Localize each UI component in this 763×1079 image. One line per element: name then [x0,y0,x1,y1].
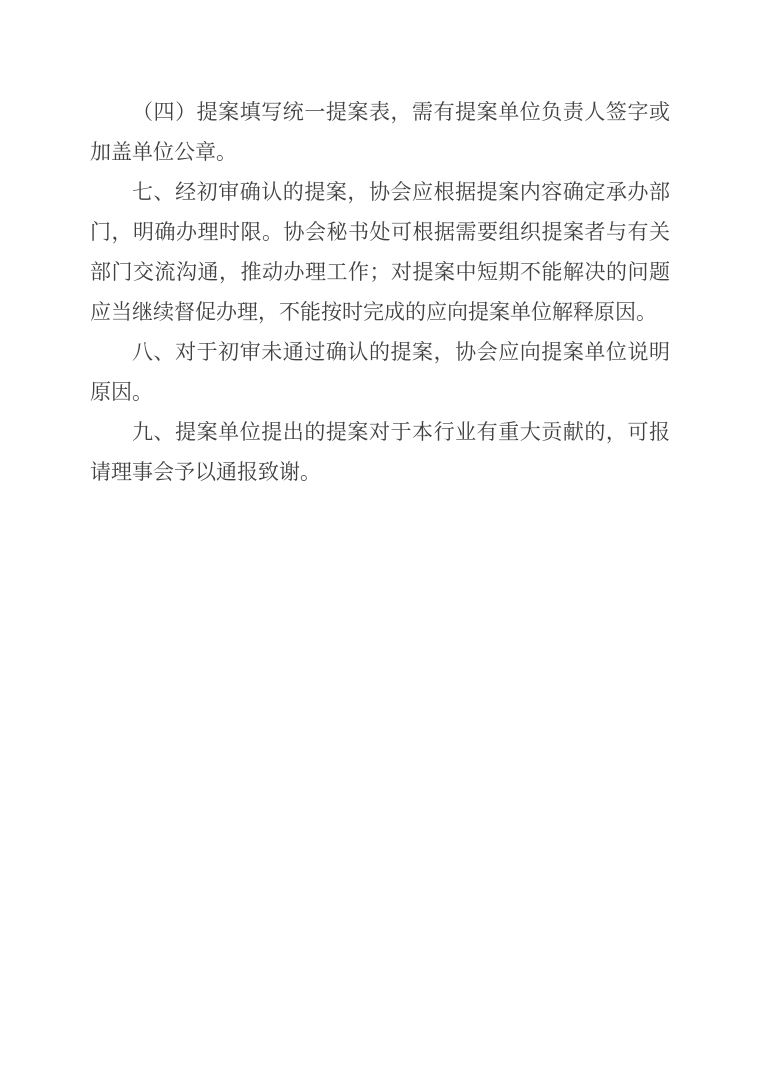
document-text-block: （四）提案填写统一提案表，需有提案单位负责人签字或加盖单位公章。 七、经初审确认… [90,92,670,492]
paragraph-clause-7: 七、经初审确认的提案，协会应根据提案内容确定承办部门，明确办理时限。协会秘书处可… [90,172,670,332]
document-page: （四）提案填写统一提案表，需有提案单位负责人签字或加盖单位公章。 七、经初审确认… [0,0,763,1079]
paragraph-clause-4: （四）提案填写统一提案表，需有提案单位负责人签字或加盖单位公章。 [90,92,670,172]
paragraph-clause-9: 九、提案单位提出的提案对于本行业有重大贡献的，可报请理事会予以通报致谢。 [90,412,670,492]
paragraph-clause-8: 八、对于初审未通过确认的提案，协会应向提案单位说明原因。 [90,332,670,412]
